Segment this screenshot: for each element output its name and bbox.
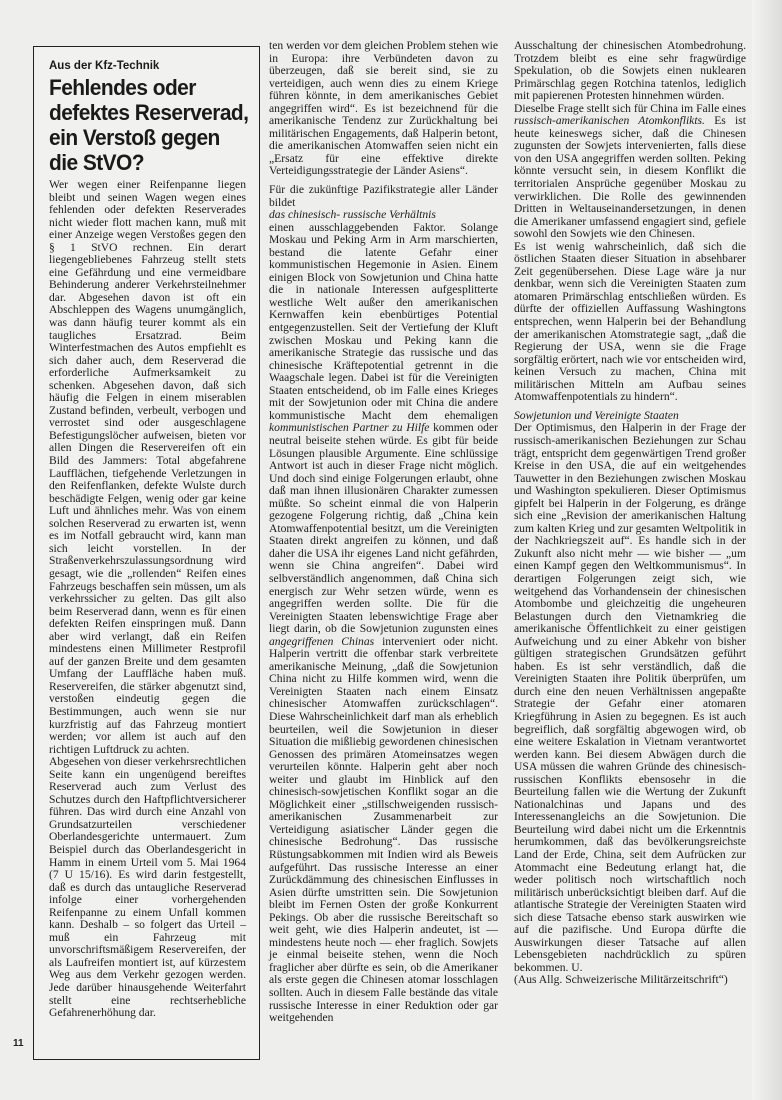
col3-paragraph-4: Der Optimismus, den Halperin in der Frag… [514,422,746,974]
col2-paragraph-3: einen ausschlaggebenden Faktor. Solange … [269,222,498,1025]
col2-paragraph-1: ten werden vor dem gleichen Problem steh… [269,40,498,178]
italic-run: kommunistischen Partner zu Hilfe [269,421,429,434]
text-run: einen ausschlaggebenden Faktor. Solange … [269,221,498,422]
italic-run: russisch-amerikanischen Atomkonflikts. [514,114,705,127]
col2-paragraph-2: Für die zukünftige Pazifikstrategie alle… [269,184,498,209]
page-edge-shadow [752,0,782,1100]
text-run: Dieselbe Frage stellt sich für China im … [514,102,746,115]
page-number: 11 [13,1038,24,1049]
sidebar-paragraph-1: Wer wegen einer Reifenpanne liegen bleib… [49,179,246,756]
col3-paragraph-3: Es ist wenig wahrscheinlich, daß sich di… [514,241,746,404]
article-source: (Aus Allg. Schweizerische Militärzeitsch… [514,974,746,987]
article-kicker: Aus der Kfz-Technik [49,59,246,73]
italic-run: angegriffenen Chinas [269,635,374,648]
sidebar-article-body: Wer wegen einer Reifenpanne liegen bleib… [49,179,246,1020]
text-run: kommen oder neutral beiseite stehen würd… [269,421,498,635]
sidebar-article-box: Aus der Kfz-Technik Fehlendes oder defek… [33,46,260,1060]
text-run: interveniert oder nicht. Halperin vertri… [269,635,498,1024]
col3-paragraph-2: Dieselbe Frage stellt sich für China im … [514,103,746,241]
sidebar-paragraph-2: Abgesehen von dieser verkehrsrechtlichen… [49,756,246,1019]
document-page: Aus der Kfz-Technik Fehlendes oder defek… [0,0,782,1100]
col3-paragraph-1: Ausschaltung der chinesischen Atombedroh… [514,40,746,103]
main-article-column-2: ten werden vor dem gleichen Problem steh… [269,40,498,1025]
article-headline: Fehlendes oder defektes Reserverad, ein … [49,75,249,175]
main-article-column-3: Ausschaltung der chinesischen Atombedroh… [514,40,746,987]
text-run: Es ist heute keineswegs sicher, daß die … [514,114,746,240]
